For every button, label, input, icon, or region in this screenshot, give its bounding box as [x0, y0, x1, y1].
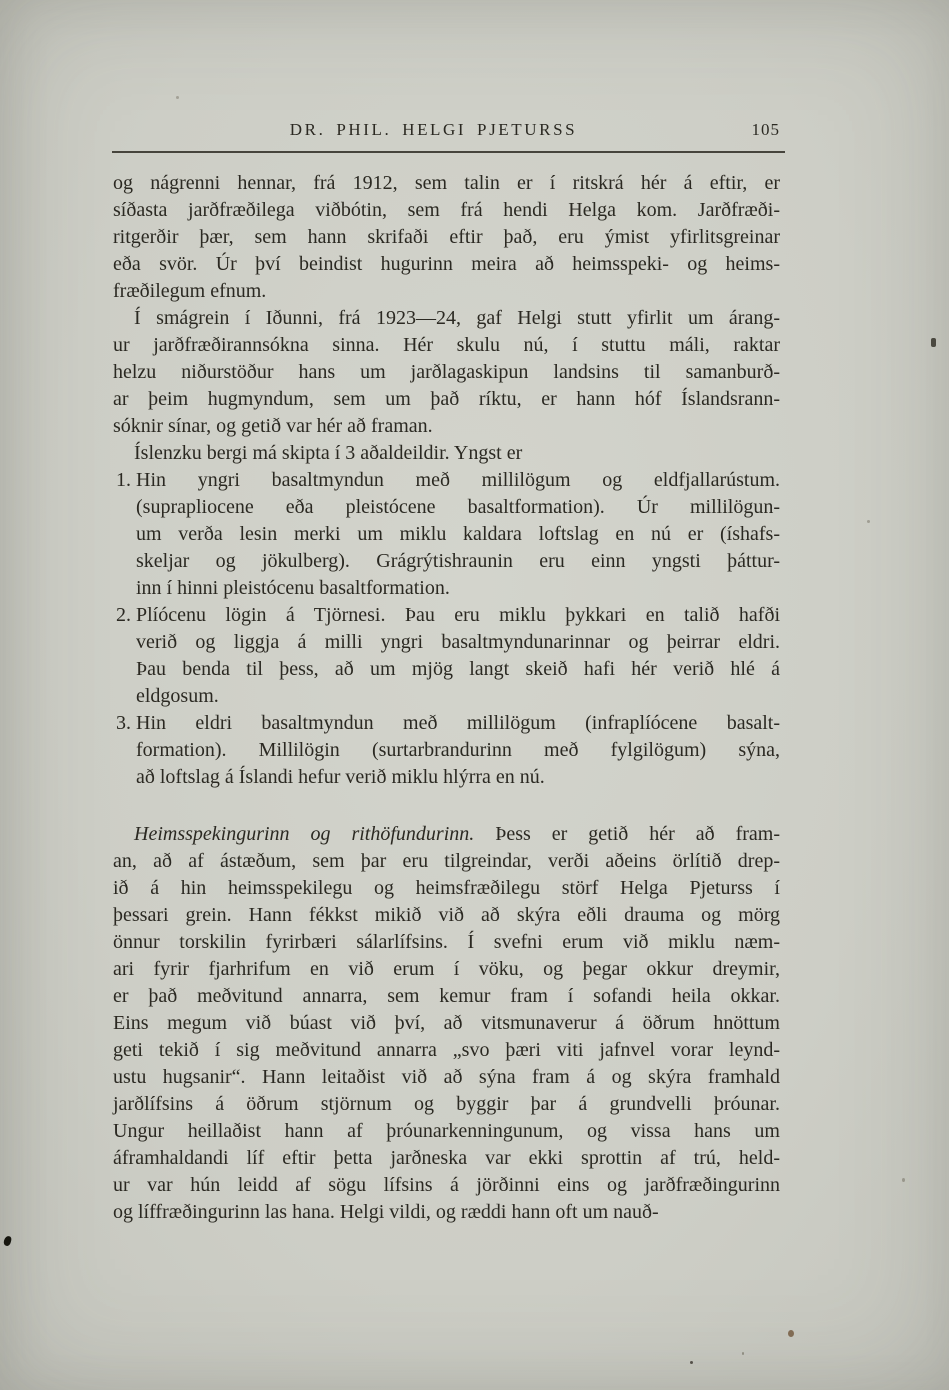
text-line: geti tekið í sig meðvitund annarra „svo … — [113, 1037, 780, 1064]
text-line: Plíócenu lögin á Tjörnesi. Þau eru miklu… — [136, 602, 780, 629]
list-marker: 2. — [116, 602, 131, 629]
text-line: Íslenzku bergi má skipta í 3 aðaldeildir… — [113, 440, 780, 467]
text-line: Í smágrein í Iðunni, frá 1923—24, gaf He… — [113, 305, 780, 332]
text-line: ið á hin heimsspekilegu og heimsfræðileg… — [113, 875, 780, 902]
scanned-page: DR. PHIL. HELGI PJETURSS 105 og nágrenni… — [0, 0, 949, 1390]
ink-speck — [902, 1178, 905, 1182]
text-line: verið og liggja á milli yngri basaltmynd… — [136, 629, 780, 656]
ink-speck — [742, 1352, 744, 1355]
text-line: um verða lesin merki um miklu kaldara lo… — [136, 521, 780, 548]
ink-speck — [176, 96, 179, 99]
text-line: áframhaldandi líf eftir þetta jarðneska … — [113, 1145, 780, 1172]
running-header-title: DR. PHIL. HELGI PJETURSS — [113, 120, 780, 140]
text-line: (suprapliocene eða pleistócene basaltfor… — [136, 494, 780, 521]
text-line: inn í hinni pleistócenu basaltformation. — [136, 575, 780, 602]
text-line: Hin yngri basaltmyndun með millilögum og… — [136, 467, 780, 494]
text-line: Ungur heillaðist hann af þróunarkenningu… — [113, 1118, 780, 1145]
paragraph: Íslenzku bergi má skipta í 3 aðaldeildir… — [113, 440, 780, 467]
ink-speck — [690, 1361, 693, 1364]
text-line: ur var hún leidd af sögu lífsins á jörði… — [113, 1172, 780, 1199]
text-line: Þau benda til þess, að um mjög langt ske… — [136, 656, 780, 683]
list-marker: 3. — [116, 710, 131, 737]
text-line: ari fyrir fjarhrifum en við erum í vöku,… — [113, 956, 780, 983]
text-line: Heimsspekingurinn og rithöfundurinn. Þes… — [113, 821, 780, 848]
text-line: skeljar og jökulberg). Grágrýtishraunin … — [136, 548, 780, 575]
list-item: 3.Hin eldri basaltmyndun með millilögum … — [113, 710, 780, 791]
paragraph: Í smágrein í Iðunni, frá 1923—24, gaf He… — [113, 305, 780, 440]
list-item: 1.Hin yngri basaltmyndun með millilögum … — [113, 467, 780, 602]
text-line: að loftslag á Íslandi hefur verið miklu … — [136, 764, 780, 791]
text-line: eldgosum. — [136, 683, 780, 710]
paragraph: og nágrenni hennar, frá 1912, sem talin … — [113, 170, 780, 305]
list-item: 2.Plíócenu lögin á Tjörnesi. Þau eru mik… — [113, 602, 780, 710]
text-line: sóknir sínar, og getið var hér að framan… — [113, 413, 780, 440]
text-line: ur jarðfræðirannsókna sinna. Hér skulu n… — [113, 332, 780, 359]
text-line: þessari grein. Hann fékkst mikið við að … — [113, 902, 780, 929]
text-line: önnur torskilin fyrirbæri sálarlífsins. … — [113, 929, 780, 956]
page-number: 105 — [752, 120, 781, 140]
text-line: og líffræðingurinn las hana. Helgi vildi… — [113, 1199, 780, 1226]
text-line: ritgerðir þær, sem hann skrifaði eftir þ… — [113, 224, 780, 251]
italic-section-lead: Heimsspekingurinn og rithöfundurinn. — [134, 823, 474, 845]
text-line: Hin eldri basaltmyndun með millilögum (i… — [136, 710, 780, 737]
text-line: Eins megum við búast við því, að vitsmun… — [113, 1010, 780, 1037]
text-line: ar þeim hugmyndum, sem um það ríktu, er … — [113, 386, 780, 413]
text-line: er það meðvitund annarra, sem kemur fram… — [113, 983, 780, 1010]
text-line: síðasta jarðfræðilega viðbótin, sem frá … — [113, 197, 780, 224]
list-marker: 1. — [116, 467, 131, 494]
ink-speck — [931, 338, 936, 347]
page-body: og nágrenni hennar, frá 1912, sem talin … — [113, 170, 780, 1226]
text-line: og nágrenni hennar, frá 1912, sem talin … — [113, 170, 780, 197]
ink-speck — [867, 520, 870, 523]
paragraph: Heimsspekingurinn og rithöfundurinn. Þes… — [113, 821, 780, 1226]
text-line: an, að af ástæðum, sem þar eru tilgreind… — [113, 848, 780, 875]
ink-speck — [3, 1235, 12, 1246]
ink-speck — [788, 1330, 794, 1337]
header-rule — [112, 151, 785, 153]
text-line: formation). Millilögin (surtarbrandurinn… — [136, 737, 780, 764]
text-line: ustu hugsanir“. Hann leitaðist við að sý… — [113, 1064, 780, 1091]
text-line: eða svör. Úr því beindist hugurinn meira… — [113, 251, 780, 278]
running-header: DR. PHIL. HELGI PJETURSS 105 — [113, 120, 780, 144]
text-line: helzu niðurstöður hans um jarðlagaskipun… — [113, 359, 780, 386]
text-line: fræðilegum efnum. — [113, 278, 780, 305]
text-line: jarðlífsins á öðrum stjörnum og byggir þ… — [113, 1091, 780, 1118]
